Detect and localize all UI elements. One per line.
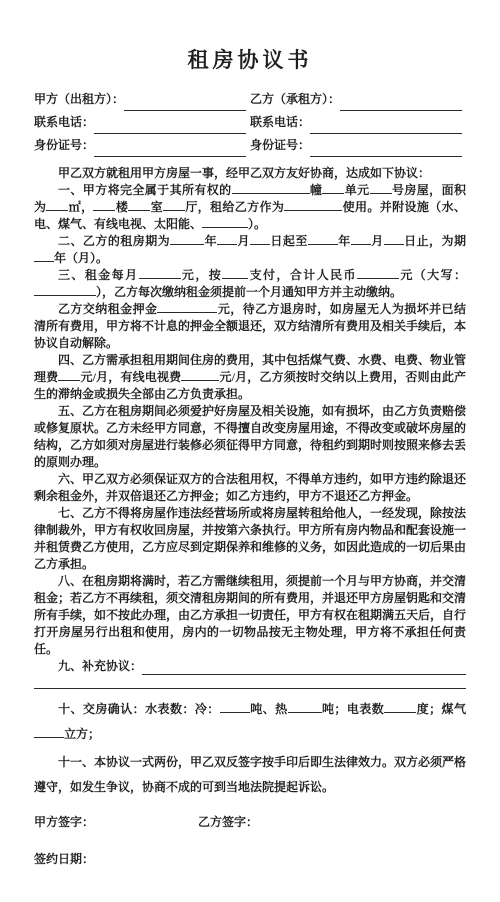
signature-row: 甲方签字： 乙方签字： [34,810,466,835]
clause-text: 年 [338,234,351,248]
clause-text: 六、甲乙双方必须保证双方的合法租用权，不得单方违约，如甲方违约除退还剩余租金外，… [34,472,466,503]
clause-text: 九、补充协议： [58,658,142,675]
blank-field [157,301,217,313]
clause-text: ㎡， [68,200,93,214]
blank-field [34,284,96,296]
blank-field [181,369,219,381]
blank-field [34,726,64,738]
blank-field [384,233,404,245]
blank-field [322,182,344,194]
party-field-label: 联系电话： [34,111,94,134]
clause-7: 七、乙方不得将房屋作违法经营场所或将房屋转租给他人，一经发现，除按法律制裁外，甲… [34,505,466,573]
signing-date-label: 签约日期： [34,847,466,872]
blank-field [310,144,462,157]
clause-text: 楼 [115,200,128,214]
party-cell: 身份证号： [250,134,466,157]
clause-5: 五、乙方在租房期间必须爱护好房屋及相关设施，如有损坏，由乙方负责赔偿或修复原状。… [34,403,466,471]
party-cell: 联系电话： [250,111,466,134]
blank-field [222,267,248,279]
party-b-signature-label: 乙方签字： [198,810,258,835]
clause-text: 一、甲方将完全属于其所有权的 [58,183,232,197]
blank-field [288,701,322,713]
blank-field [34,675,466,689]
blank-field [93,199,115,211]
clause-text: 十、交房确认：水表数：冷： [58,702,220,716]
clause-text: 七、乙方不得将房屋作违法经营场所或将房屋转租给他人，一经发现，除按法律制裁外，甲… [34,506,466,571]
clause-1: 一、甲方将完全属于其所有权的幢单元号房屋，面积为㎡，楼室厅，租给乙方作为使用。并… [34,182,466,233]
clause-text: 日止，为期 [404,234,466,248]
clause-text: 元，按 [181,268,223,282]
clause-text: 室 [150,200,163,214]
clause-6: 六、甲乙双方必须保证双方的合法租用权，不得单方违约，如甲方违约除退还剩余租金外，… [34,471,466,505]
blank-field [340,98,462,111]
clause-text: 单元 [344,183,369,197]
clause-2: 二、乙方的租房期为年月日起至年月日止，为期年（月）。 [34,233,466,267]
clause-text: 五、乙方在租房期间必须爱护好房屋及相关设施，如有损坏，由乙方负责赔偿或修复原状。… [34,404,466,469]
party-row: 身份证号：身份证号： [34,134,466,157]
blank-field [308,233,338,245]
party-field-label: 甲方（出租方）： [34,88,124,111]
blank-field [34,250,54,262]
blank-field [217,233,237,245]
clause-text: 幢 [310,183,323,197]
clause-text: 乙方交纳租金押金 [58,302,157,316]
blank-field [220,701,250,713]
party-field-label: 身份证号： [34,134,94,157]
clauses-main: 甲乙双方就租用甲方房屋一事，经甲乙双方友好协商，达成如下协议：一、甲方将完全属于… [34,165,466,689]
party-field-label: 乙方（承租方）： [250,88,340,111]
blank-field [202,216,248,228]
blank-field [284,199,342,211]
clause-text: 年（月）。 [54,251,108,265]
blank-field [94,144,246,157]
blank-field [384,701,416,713]
blank-field [250,233,270,245]
clause-text: 吨；电表数 [322,702,385,716]
clause-text: ），乙方每次缴纳租金须提前一个月通知甲方并主动缴纳。 [96,285,402,299]
clause-text: 三、租金每月 [58,268,139,282]
clause-text: 元/月，有线电视费 [80,370,181,384]
blank-field [46,199,68,211]
clause-text: 元（大写： [399,268,466,282]
party-field-label: 身份证号： [250,134,310,157]
party-info: 甲方（出租方）：乙方（承租方）：联系电话：联系电话：身份证号：身份证号： [34,88,466,157]
clause-text: 年 [204,234,217,248]
clause-9-supplement: 九、补充协议： [34,658,466,675]
clause-text: 日起至 [270,234,308,248]
blank-field [170,233,204,245]
page-title: 租房协议书 [34,44,466,74]
clause-text: 二、乙方的租房期为 [58,234,170,248]
clause-text: 八、在租房期将满时，若乙方需继续租用，须提前一个月与甲方协商，并交清租金；若乙方… [34,574,466,656]
clause-text: 立方； [64,727,100,741]
clause-text: 甲乙双方就租用甲方房屋一事，经甲乙双方友好协商，达成如下协议： [58,166,430,180]
clause-text: 吨、热 [250,702,288,716]
clause-text: 月 [237,234,250,248]
clause-text: 月 [371,234,384,248]
clause-11-legal: 十一、本协议一式两份，甲乙双反签字按手印后即生法律效力。双方必须严格遵守，如发生… [34,750,466,800]
blank-field [232,182,310,194]
blank-field [139,267,181,279]
party-cell: 联系电话： [34,111,250,134]
party-cell: 乙方（承租方）： [250,88,466,111]
blank-field [58,369,80,381]
clause-3-deposit: 乙方交纳租金押金元，待乙方退房时，如房屋无人为损坏并已结清所有费用，甲方将不计息… [34,301,466,352]
blank-field [142,661,466,675]
blank-field [310,121,462,134]
blank-field [163,199,185,211]
clause-text: ）。 [248,217,266,231]
blank-field [128,199,150,211]
party-row: 甲方（出租方）：乙方（承租方）： [34,88,466,111]
clause-8: 八、在租房期将满时，若乙方需继续租用，须提前一个月与甲方协商，并交清租金；若乙方… [34,573,466,658]
party-cell: 甲方（出租方）： [34,88,250,111]
party-field-label: 联系电话： [250,111,310,134]
party-a-signature-label: 甲方签字： [34,810,94,835]
document-page: 租房协议书 甲方（出租方）：乙方（承租方）：联系电话：联系电话：身份证号：身份证… [0,0,500,902]
clause-text: 度；煤气 [416,702,466,716]
intro-paragraph: 甲乙双方就租用甲方房屋一事，经甲乙双方友好协商，达成如下协议： [34,165,466,182]
blank-field [357,267,399,279]
clause-text: 十一、本协议一式两份，甲乙双反签字按手印后即生法律效力。双方必须严格遵守，如发生… [34,755,466,794]
clauses-tail: 十、交房确认：水表数：冷：吨、热吨；电表数度；煤气立方；十一、本协议一式两份，甲… [34,697,466,800]
blank-field [351,233,371,245]
clause-3: 三、租金每月元，按支付，合计人民币元（大写：），乙方每次缴纳租金须提前一个月通知… [34,267,466,301]
clause-10-handover: 十、交房确认：水表数：冷：吨、热吨；电表数度；煤气立方； [34,697,466,747]
clause-text: 支付，合计人民币 [248,268,357,282]
party-row: 联系电话：联系电话： [34,111,466,134]
clause-text: 厅，租给乙方作为 [185,200,284,214]
blank-field [370,182,392,194]
party-cell: 身份证号： [34,134,250,157]
clause-9-supplement-line-2 [34,675,466,689]
blank-field [124,98,246,111]
blank-field [94,121,246,134]
clause-4: 四、乙方需承担租用期间住房的费用，其中包括煤气费、水费、电费、物业管理费元/月，… [34,352,466,403]
